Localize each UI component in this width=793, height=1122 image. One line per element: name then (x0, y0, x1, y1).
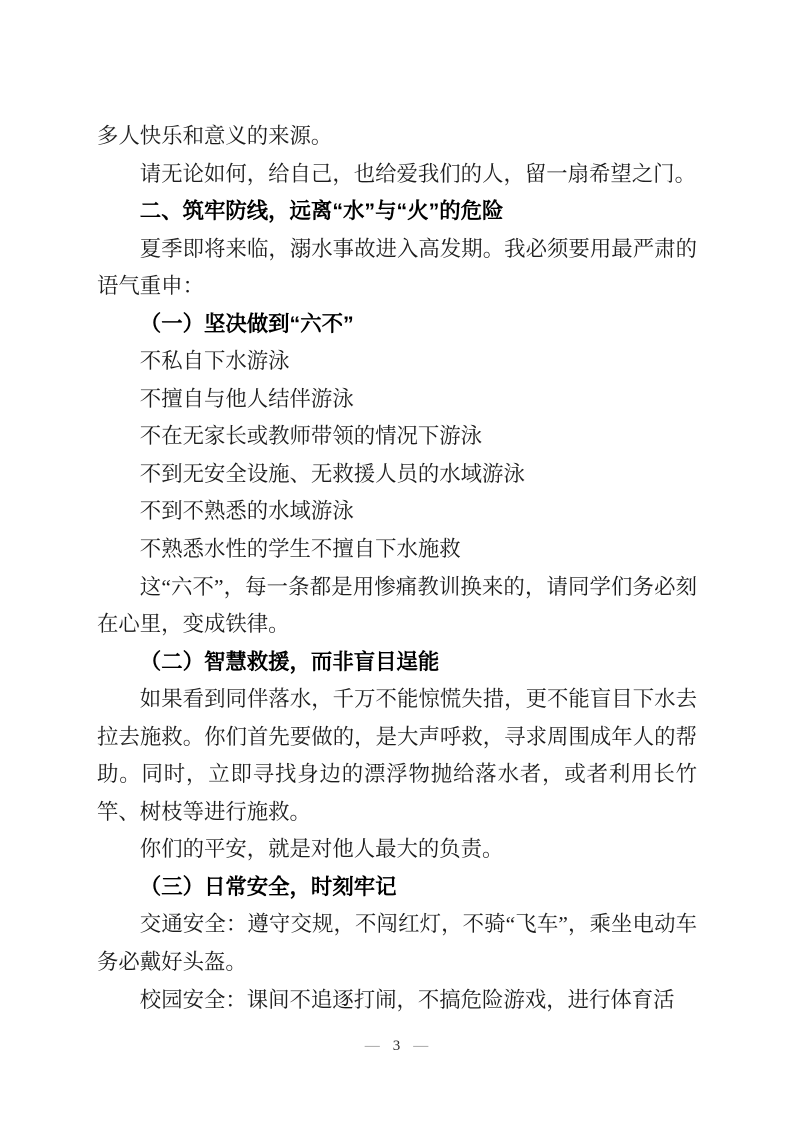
paragraph: 不在无家长或教师带领的情况下游泳 (97, 418, 697, 456)
paragraph: 多人快乐和意义的来源。 (97, 118, 697, 156)
paragraph: 不到无安全设施、无救援人员的水域游泳 (97, 456, 697, 494)
section-heading: （三）日常安全，时刻牢记 (97, 869, 697, 907)
section-heading: （二）智慧救援，而非盲目逞能 (97, 644, 697, 682)
section-heading: （一）坚决做到“六不” (97, 306, 697, 344)
paragraph: 你们的平安，就是对他人最大的负责。 (97, 831, 697, 869)
paragraph: 这“六不”，每一条都是用惨痛教训换来的，请同学们务必刻在心里，变成铁律。 (97, 569, 697, 644)
footer-dash-left: — (365, 1038, 380, 1054)
paragraph: 不私自下水游泳 (97, 343, 697, 381)
paragraph: 校园安全：课间不追逐打闹，不搞危险游戏，进行体育活 (97, 982, 697, 1020)
paragraph: 不熟悉水性的学生不擅自下水施救 (97, 531, 697, 569)
paragraph: 请无论如何，给自己，也给爱我们的人，留一扇希望之门。 (97, 156, 697, 194)
document-page: 多人快乐和意义的来源。 请无论如何，给自己，也给爱我们的人，留一扇希望之门。 二… (0, 0, 793, 1122)
page-number: 3 (380, 1038, 414, 1054)
paragraph: 如果看到同伴落水，千万不能惊慌失措，更不能盲目下水去拉去施救。你们首先要做的，是… (97, 681, 697, 831)
paragraph: 不擅自与他人结伴游泳 (97, 381, 697, 419)
paragraph: 交通安全：遵守交规，不闯红灯，不骑“飞车”，乘坐电动车务必戴好头盔。 (97, 906, 697, 981)
footer-dash-right: — (413, 1038, 428, 1054)
page-body: 多人快乐和意义的来源。 请无论如何，给自己，也给爱我们的人，留一扇希望之门。 二… (97, 118, 697, 1019)
paragraph: 夏季即将来临，溺水事故进入高发期。我必须要用最严肃的语气重申： (97, 231, 697, 306)
section-heading: 二、筑牢防线，远离“水”与“火”的危险 (97, 193, 697, 231)
page-footer: —3— (0, 1035, 793, 1057)
paragraph: 不到不熟悉的水域游泳 (97, 493, 697, 531)
